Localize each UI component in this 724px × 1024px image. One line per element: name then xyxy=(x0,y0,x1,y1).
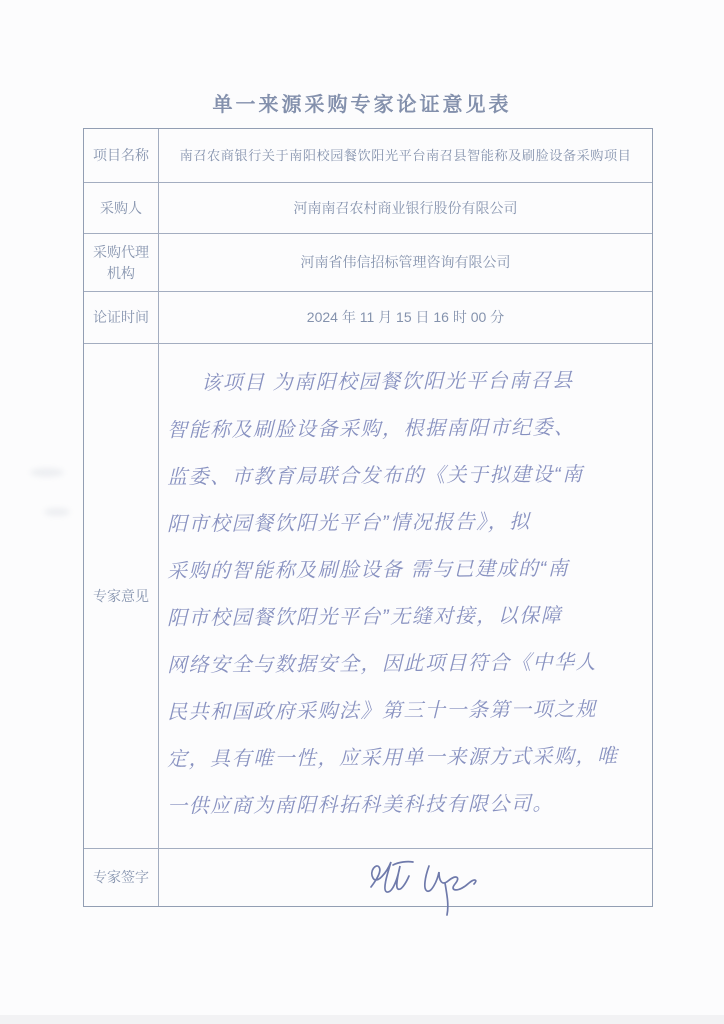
form-title: 单一来源采购专家论证意见表 xyxy=(0,88,724,117)
opinion-line: 定，具有唯一性，应采用单一来源方式采购，唯 xyxy=(167,730,652,780)
field-value-expert-opinion: 该项目 为南阳校园餐饮阳光平台南召县 智能称及刷脸设备采购，根据南阳市纪委、 监… xyxy=(159,343,652,848)
opinion-line: 民共和国政府采购法》第三十一条第一项之规 xyxy=(167,683,652,733)
field-label-purchaser: 采购人 xyxy=(84,182,159,233)
field-label-project-name: 项目名称 xyxy=(84,129,159,182)
field-value-expert-signature xyxy=(159,848,652,906)
field-label-expert-signature: 专家签字 xyxy=(84,848,159,906)
field-label-expert-opinion: 专家意见 xyxy=(84,343,159,848)
opinion-line: 阳市校园餐饮阳光平台”情况报告》，拟 xyxy=(167,495,652,545)
opinion-line: 智能称及刷脸设备采购，根据南阳市纪委、 xyxy=(167,401,652,451)
field-value-time: 2024 年 11 月 15 日 16 时 00 分 xyxy=(159,291,652,343)
scanned-form-page: 单一来源采购专家论证意见表 项目名称 南召农商银行关于南阳校园餐饮阳光平台南召县… xyxy=(0,0,724,1024)
scan-smudge xyxy=(30,468,64,477)
expert-signature xyxy=(357,853,497,919)
field-label-agency: 采购代理机构 xyxy=(84,233,159,291)
opinion-line: 网络安全与数据安全，因此项目符合《中华人 xyxy=(167,636,652,686)
opinion-line: 采购的智能称及刷脸设备 需与已建成的“南 xyxy=(167,542,652,592)
page-edge-shadow xyxy=(0,1015,724,1024)
field-value-project-name: 南召农商银行关于南阳校园餐饮阳光平台南召县智能称及刷脸设备采购项目 xyxy=(159,129,652,182)
opinion-line: 监委、市教育局联合发布的《关于拟建设“南 xyxy=(167,448,652,498)
field-value-agency: 河南省伟信招标管理咨询有限公司 xyxy=(159,233,652,291)
opinion-line: 一供应商为南阳科拓科美科技有限公司。 xyxy=(167,777,652,827)
opinion-form-table: 项目名称 南召农商银行关于南阳校园餐饮阳光平台南召县智能称及刷脸设备采购项目 采… xyxy=(83,128,653,907)
opinion-line: 阳市校园餐饮阳光平台”无缝对接，以保障 xyxy=(167,589,652,639)
scan-smudge xyxy=(44,508,70,516)
field-label-time: 论证时间 xyxy=(84,291,159,343)
field-value-purchaser: 河南南召农村商业银行股份有限公司 xyxy=(159,182,652,233)
opinion-line: 该项目 为南阳校园餐饮阳光平台南召县 xyxy=(167,354,652,404)
